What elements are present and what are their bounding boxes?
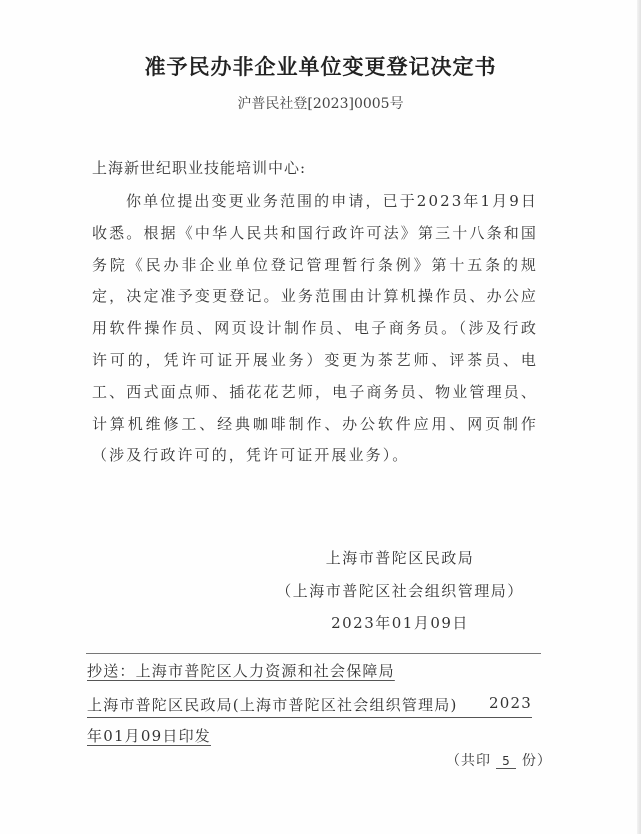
copies-suffix: 份） bbox=[522, 753, 552, 769]
printed-by: 上海市普陀区民政局(上海市普陀区社会组织管理局) bbox=[87, 694, 458, 715]
issuer-name: 上海市普陀区民政局 bbox=[260, 547, 540, 568]
addressee: 上海新世纪职业技能培训中心: bbox=[92, 157, 306, 178]
page-edge-shadow bbox=[637, 0, 641, 834]
printed-date: 年01月09日印发 bbox=[87, 725, 211, 746]
footer-divider bbox=[86, 653, 541, 654]
copies-prefix: （共印 bbox=[446, 753, 491, 769]
document-page: 准予民办非企业单位变更登记决定书 沪普民社登[2023]0005号 上海新世纪职… bbox=[0, 0, 641, 834]
printed-by-line: 上海市普陀区民政局(上海市普陀区社会组织管理局) 2023 bbox=[87, 694, 532, 718]
issuer-alt-name: （上海市普陀区社会组织管理局） bbox=[260, 580, 540, 601]
printed-year: 2023 bbox=[489, 694, 532, 715]
copies-count-line: （共印 5 份） bbox=[446, 750, 552, 770]
document-number: 沪普民社登[2023]0005号 bbox=[0, 93, 641, 113]
document-title: 准予民办非企业单位变更登记决定书 bbox=[0, 51, 641, 81]
cc-recipients: 抄送：上海市普陀区人力资源和社会保障局 bbox=[87, 660, 395, 681]
body-paragraph: 你单位提出变更业务范围的申请，已于2023年1月9日收悉。根据《中华人民共和国行… bbox=[92, 186, 538, 472]
copies-count: 5 bbox=[496, 754, 516, 769]
issue-date: 2023年01月09日 bbox=[260, 612, 540, 633]
